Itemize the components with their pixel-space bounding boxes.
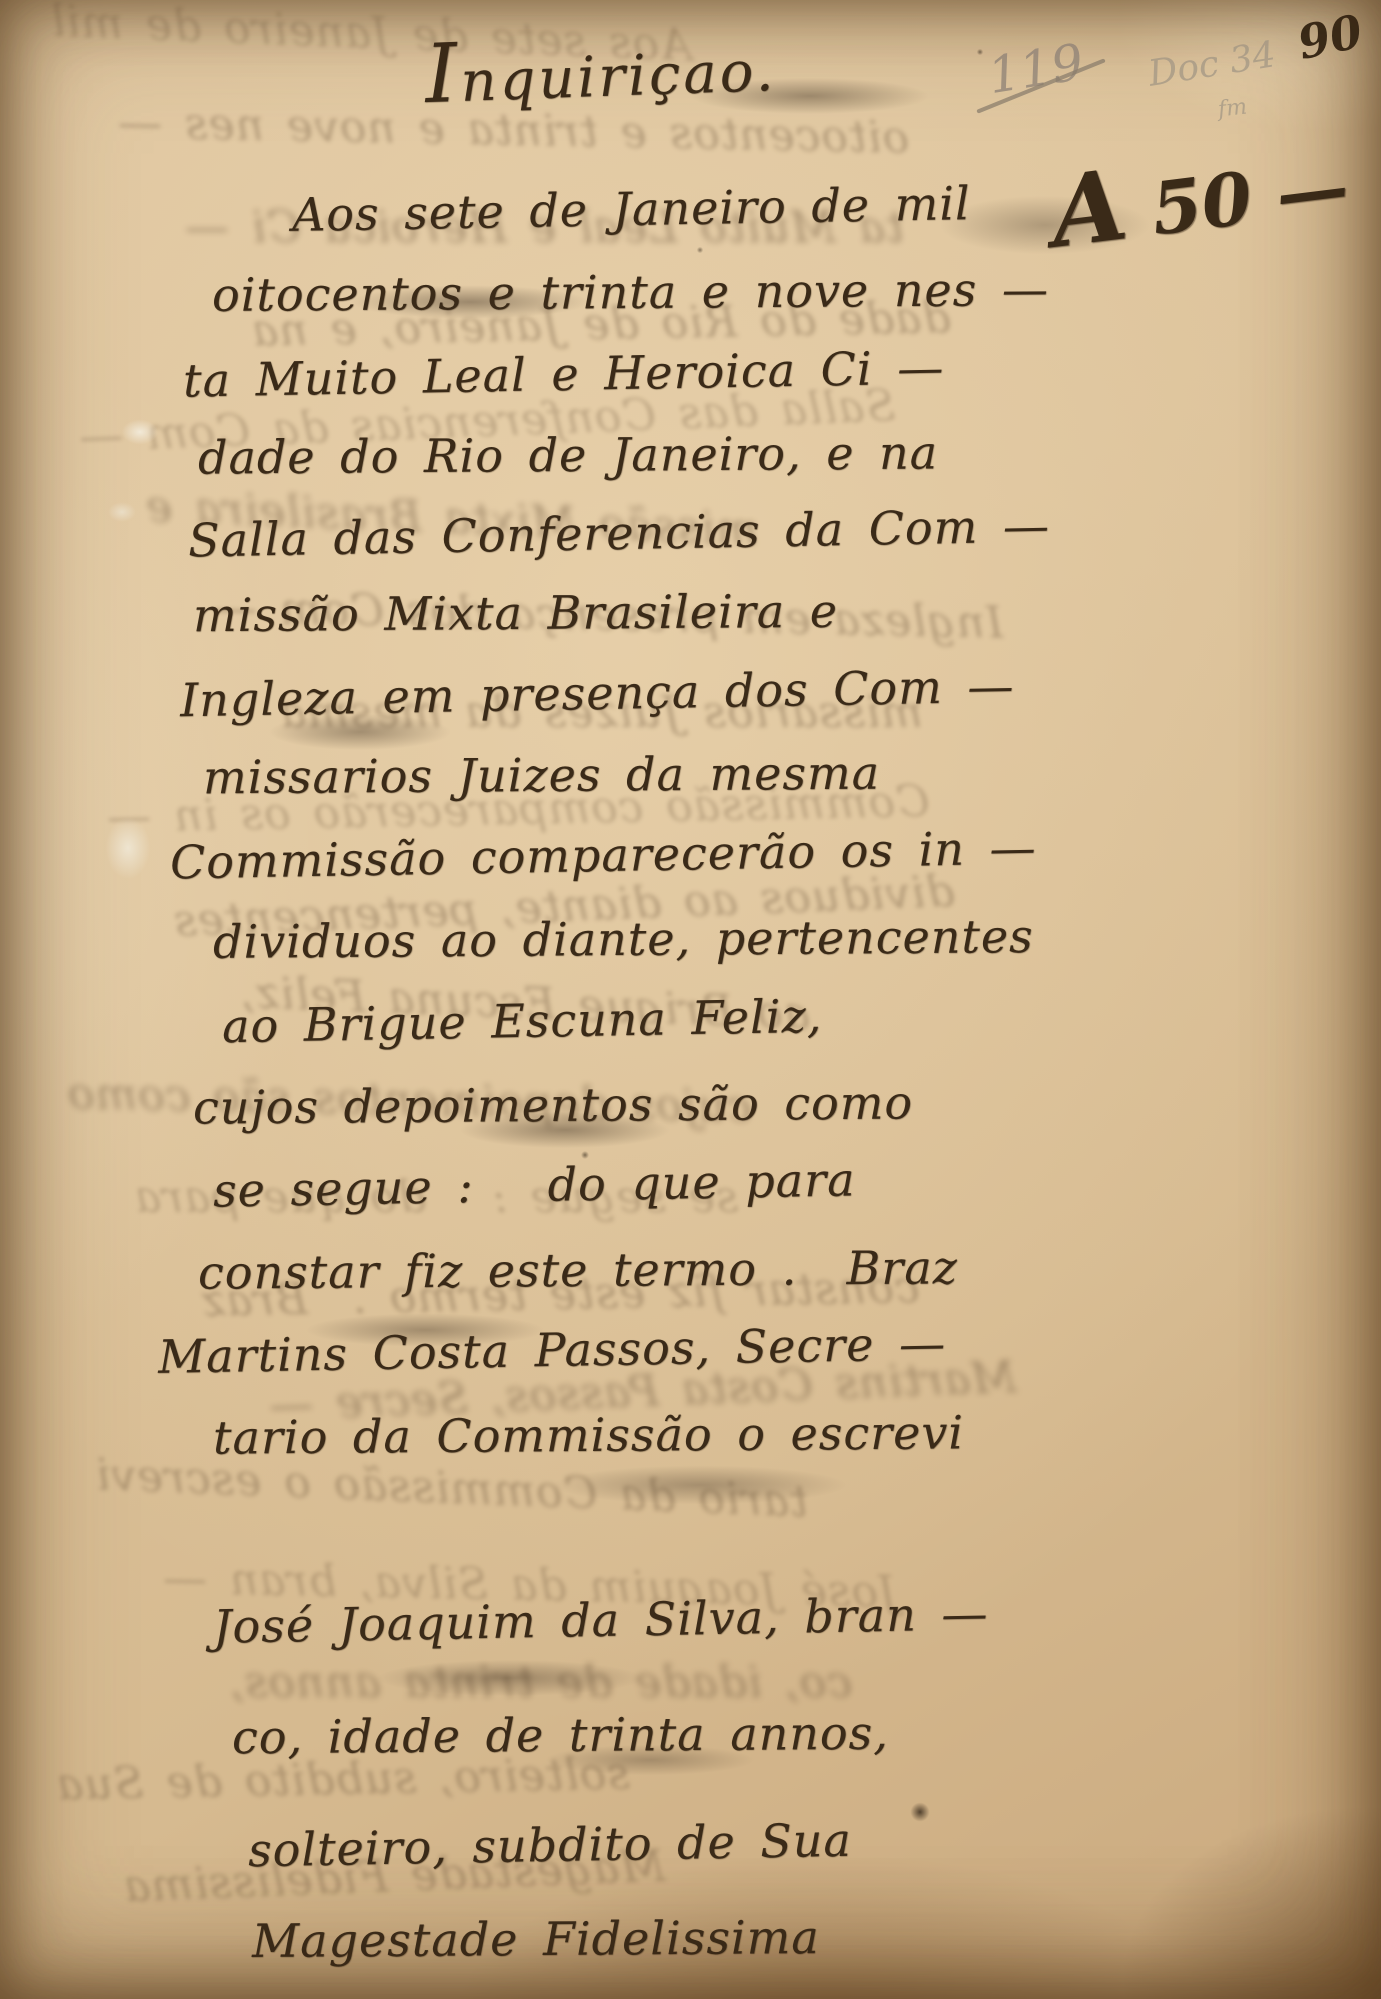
body-line: dividuos ao diante, pertencentes	[213, 909, 1034, 969]
pencil-doc-sub-annotation: fm	[1217, 95, 1248, 123]
manuscript-title: Inquiriçao.	[423, 16, 777, 122]
body-line: cujos depoimentos são como	[193, 1075, 913, 1134]
body-line: tario da Commissão o escrevi	[213, 1405, 964, 1464]
body-line: co, idade de trinta annos,	[232, 1706, 889, 1765]
body-line: Magestade Fidelissima	[252, 1910, 820, 1968]
body-line: se segue : do que para	[213, 1152, 856, 1217]
body-line: missão Mixta Brasileira e	[193, 584, 838, 643]
body-line: oitocentos e trinta e nove nes —	[212, 262, 1049, 322]
body-line: constar fiz este termo . Braz	[198, 1240, 958, 1299]
body-line: ao Brigue Escuna Feliz,	[222, 989, 823, 1053]
body-line: missarios Juizes da mesma	[203, 746, 880, 805]
body-line: solteiro, subdito de Sua	[248, 1813, 853, 1878]
body-line: dade do Rio de Janeiro, e na	[198, 425, 938, 484]
manuscript-page: Aos sete de Janeiro de miloitocentos e t…	[0, 0, 1381, 1999]
